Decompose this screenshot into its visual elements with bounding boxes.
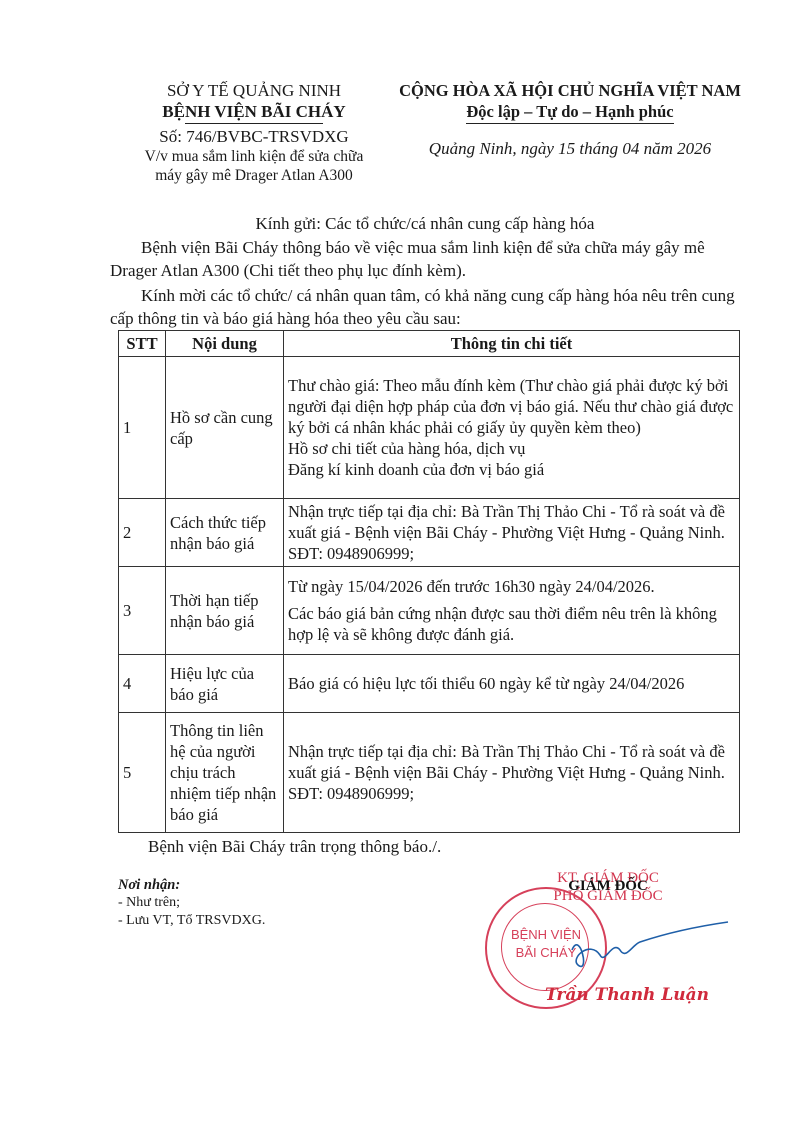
- table-header-row: STT Nội dung Thông tin chi tiết: [119, 331, 740, 357]
- intro-paragraph: Bệnh viện Bãi Cháy thông báo về việc mua…: [110, 236, 740, 282]
- row-details: Nhận trực tiếp tại địa chỉ: Bà Trần Thị …: [284, 713, 740, 833]
- row-stt: 4: [119, 655, 166, 713]
- row-stt: 1: [119, 357, 166, 499]
- national-motto: Độc lập – Tự do – Hạnh phúc: [466, 101, 673, 124]
- detail-line: Nhận trực tiếp tại địa chỉ: Bà Trần Thị …: [288, 501, 735, 564]
- row-details: Nhận trực tiếp tại địa chỉ: Bà Trần Thị …: [284, 499, 740, 567]
- hospital-name: BỆNH VIỆN BÃI CHÁY: [95, 101, 413, 122]
- national-header: CỘNG HÒA XÃ HỘI CHỦ NGHĨA VIỆT NAM Độc l…: [390, 80, 750, 159]
- table-row: 3 Thời hạn tiếp nhận báo giá Từ ngày 15/…: [119, 567, 740, 655]
- recipients-heading: Nơi nhận:: [118, 876, 265, 894]
- detail-line: Thư chào giá: Theo mẫu đính kèm (Thư chà…: [288, 375, 735, 438]
- table-row: 1 Hồ sơ cần cung cấp Thư chào giá: Theo …: [119, 357, 740, 499]
- subject-line-2: máy gây mê Drager Atlan A300: [95, 166, 413, 185]
- detail-line: Từ ngày 15/04/2026 đến trước 16h30 ngày …: [288, 576, 735, 597]
- recipients-block: Nơi nhận: - Như trên; - Lưu VT, Tổ TRSVD…: [118, 876, 265, 930]
- row-content: Thời hạn tiếp nhận báo giá: [166, 567, 284, 655]
- subject-line-1: V/v mua sắm linh kiện để sửa chữa: [95, 147, 413, 166]
- invitation-paragraph: Kính mời các tổ chức/ cá nhân quan tâm, …: [110, 284, 740, 330]
- salutation: Kính gửi: Các tổ chức/cá nhân cung cấp h…: [110, 212, 740, 235]
- row-stt: 3: [119, 567, 166, 655]
- row-details: Báo giá có hiệu lực tối thiểu 60 ngày kể…: [284, 655, 740, 713]
- closing-line: Bệnh viện Bãi Cháy trân trọng thông báo.…: [148, 837, 441, 857]
- detail-line: Báo giá có hiệu lực tối thiểu 60 ngày kể…: [288, 673, 735, 694]
- row-details: Thư chào giá: Theo mẫu đính kèm (Thư chà…: [284, 357, 740, 499]
- detail-line: Nhận trực tiếp tại địa chỉ: Bà Trần Thị …: [288, 741, 735, 804]
- detail-line: Hồ sơ chi tiết của hàng hóa, dịch vụ: [288, 438, 735, 459]
- handwritten-signature-icon: [560, 920, 730, 980]
- row-content: Cách thức tiếp nhận báo giá: [166, 499, 284, 567]
- signer-name: Trần Thanh Luận: [545, 985, 709, 1005]
- divider: [185, 123, 323, 124]
- recipient-item: - Lưu VT, Tổ TRSVDXG.: [118, 912, 265, 930]
- document-number: Số: 746/BVBC-TRSVDXG: [95, 126, 413, 147]
- header-stt: STT: [119, 331, 166, 357]
- detail-line: Các báo giá bản cứng nhận được sau thời …: [288, 603, 735, 645]
- header-content: Nội dung: [166, 331, 284, 357]
- row-details: Từ ngày 15/04/2026 đến trước 16h30 ngày …: [284, 567, 740, 655]
- row-content: Thông tin liên hệ của người chịu trách n…: [166, 713, 284, 833]
- detail-line: Đăng kí kinh doanh của đơn vị báo giá: [288, 459, 735, 480]
- header-details: Thông tin chi tiết: [284, 331, 740, 357]
- recipient-item: - Như trên;: [118, 894, 265, 912]
- row-content: Hiệu lực của báo giá: [166, 655, 284, 713]
- nation-title: CỘNG HÒA XÃ HỘI CHỦ NGHĨA VIỆT NAM: [390, 80, 750, 101]
- table-row: 4 Hiệu lực của báo giá Báo giá có hiệu l…: [119, 655, 740, 713]
- row-stt: 5: [119, 713, 166, 833]
- agency-name: SỞ Y TẾ QUẢNG NINH: [95, 80, 413, 101]
- issuer-block: SỞ Y TẾ QUẢNG NINH BỆNH VIỆN BÃI CHÁY Số…: [95, 80, 413, 185]
- row-content: Hồ sơ cần cung cấp: [166, 357, 284, 499]
- table-row: 2 Cách thức tiếp nhận báo giá Nhận trực …: [119, 499, 740, 567]
- row-stt: 2: [119, 499, 166, 567]
- place-date: Quảng Ninh, ngày 15 tháng 04 năm 2026: [390, 138, 750, 159]
- requirements-table: STT Nội dung Thông tin chi tiết 1 Hồ sơ …: [118, 330, 740, 833]
- table-row: 5 Thông tin liên hệ của người chịu trách…: [119, 713, 740, 833]
